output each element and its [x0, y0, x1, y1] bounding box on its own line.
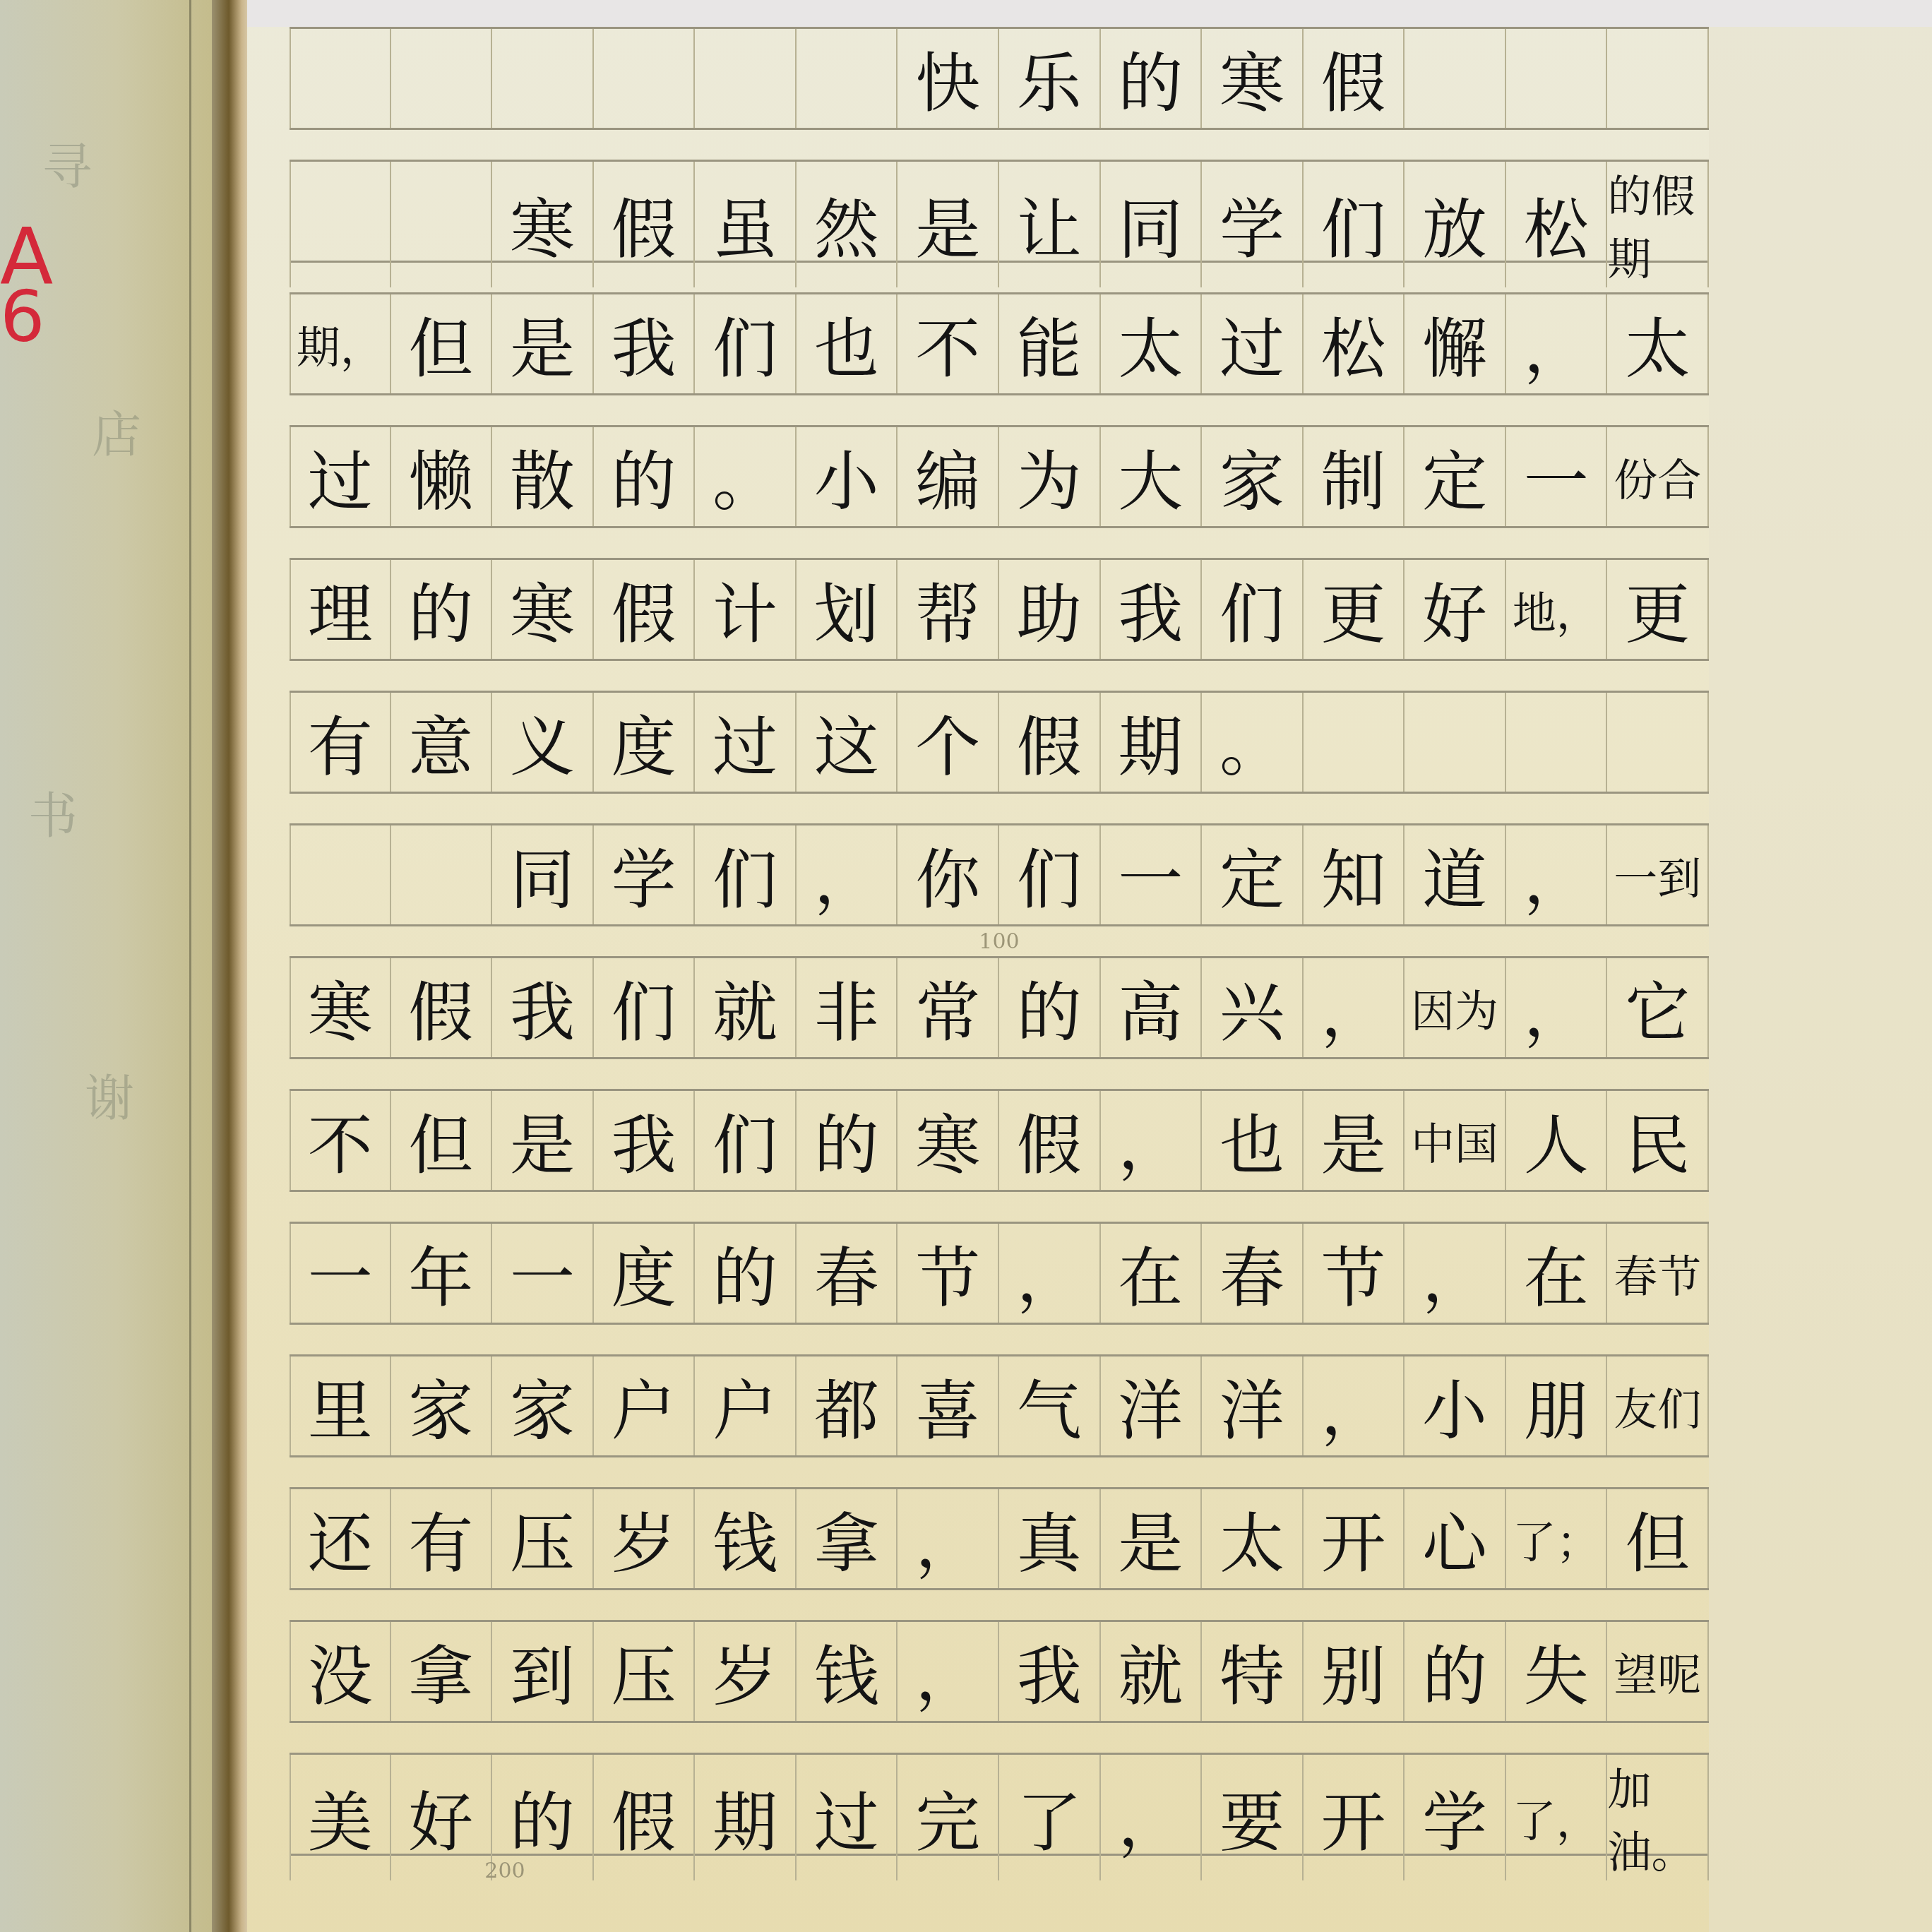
grid-row: 里家家户户都喜气洋洋，小朋友们 [290, 1354, 1709, 1457]
char-cell: 开 [1304, 1489, 1405, 1588]
char-cell: 过 [290, 427, 391, 526]
char-cell: 是 [1101, 1489, 1203, 1588]
char-cell: 非 [797, 958, 898, 1057]
char-cell: 春节 [1607, 1224, 1709, 1323]
char-cell [1506, 693, 1608, 792]
char-cell: 家 [492, 1356, 594, 1455]
char-cell: 意 [391, 693, 493, 792]
char-cell: 也 [1202, 1091, 1304, 1190]
char-cell: 期， [290, 294, 391, 393]
title-char-cell: 寒 [1202, 29, 1304, 128]
char-cell: 度 [594, 693, 696, 792]
char-cell: 助 [999, 560, 1101, 659]
char-cell: 压 [492, 1489, 594, 1588]
char-cell: 的 [999, 958, 1101, 1057]
char-cell: 一到 [1607, 825, 1709, 924]
char-cell: 但 [391, 1091, 493, 1190]
grid-row: 寒假我们就非常的高兴，因为，它 [290, 956, 1709, 1059]
row-spacer [290, 1590, 1709, 1620]
char-cell: 了； [1506, 1489, 1608, 1588]
title-row: 快乐的寒假 [290, 27, 1709, 130]
char-cell: 友们 [1607, 1356, 1709, 1455]
row-spacer [290, 1192, 1709, 1222]
char-cell [1304, 693, 1405, 792]
title-char-cell [797, 29, 898, 128]
char-cell: 兴 [1202, 958, 1304, 1057]
char-cell: 在 [1506, 1224, 1608, 1323]
grid-row: 寒假虽然是让同学们放松的假期 [290, 160, 1709, 263]
char-cell: 一 [492, 1224, 594, 1323]
title-char-cell [290, 29, 391, 128]
char-cell: 洋 [1202, 1356, 1304, 1455]
title-char-cell [492, 29, 594, 128]
row-spacer [290, 1325, 1709, 1354]
char-cell: 们 [1202, 560, 1304, 659]
char-cell: 不 [898, 294, 999, 393]
grid-row: 理的寒假计划帮助我们更好地，更 [290, 558, 1709, 661]
char-cell: 常 [898, 958, 999, 1057]
char-cell: 你 [898, 825, 999, 924]
char-cell: 户 [594, 1356, 696, 1455]
title-char-cell [594, 29, 696, 128]
char-cell: 失 [1506, 1622, 1608, 1721]
grid-row: 不但是我们的寒假，也是中国人民 [290, 1089, 1709, 1192]
title-char-cell: 假 [1304, 29, 1405, 128]
char-cell: 因为 [1405, 958, 1506, 1057]
char-cell: 是 [1304, 1091, 1405, 1190]
char-cell: 我 [999, 1622, 1101, 1721]
title-char-cell [1506, 29, 1608, 128]
word-count-marker: 100 [290, 929, 1709, 954]
row-spacer: 200 [290, 1856, 1709, 1885]
char-cell: 拿 [391, 1622, 493, 1721]
char-cell: 心 [1405, 1489, 1506, 1588]
grid-row: 美好的假期过完了，要开学了，加油。 [290, 1753, 1709, 1856]
char-cell [391, 825, 493, 924]
char-cell: ， [1506, 294, 1608, 393]
char-cell: ， [1405, 1224, 1506, 1323]
char-cell: 义 [492, 693, 594, 792]
char-cell: 我 [594, 1091, 696, 1190]
row-spacer [290, 1457, 1709, 1487]
char-cell: ， [999, 1224, 1101, 1323]
char-cell: 没 [290, 1622, 391, 1721]
char-cell: 也 [797, 294, 898, 393]
char-cell: 一 [290, 1224, 391, 1323]
title-char-cell [695, 29, 797, 128]
char-cell: 假 [999, 1091, 1101, 1190]
char-cell: 大 [1101, 427, 1203, 526]
char-cell: 懈 [1405, 294, 1506, 393]
bleed-through-text: 寻 [42, 127, 92, 198]
char-cell: 理 [290, 560, 391, 659]
char-cell: 寒 [492, 560, 594, 659]
char-cell: ， [1304, 1356, 1405, 1455]
grid-row: 没拿到压岁钱，我就特别的失望呢 [290, 1620, 1709, 1723]
char-cell: 散 [492, 427, 594, 526]
char-cell: 节 [898, 1224, 999, 1323]
char-cell: 寒 [290, 958, 391, 1057]
char-cell: 度 [594, 1224, 696, 1323]
char-cell: 太 [1607, 294, 1709, 393]
char-cell: 高 [1101, 958, 1203, 1057]
grid-row: 还有压岁钱拿，真是太开心了；但 [290, 1487, 1709, 1590]
char-cell: 期 [1101, 693, 1203, 792]
title-char-cell [1607, 29, 1709, 128]
char-cell: 喜 [898, 1356, 999, 1455]
char-cell: 懒 [391, 427, 493, 526]
char-cell: 一 [1101, 825, 1203, 924]
char-cell: 假 [391, 958, 493, 1057]
char-cell: 家 [1202, 427, 1304, 526]
bleed-through-text: 店 [92, 395, 141, 467]
char-cell: 的 [797, 1091, 898, 1190]
char-cell: 钱 [797, 1622, 898, 1721]
bleed-through-text: 书 [28, 777, 78, 848]
char-cell: 年 [391, 1224, 493, 1323]
char-cell: 的 [594, 427, 696, 526]
char-cell: 我 [492, 958, 594, 1057]
char-cell: 朋 [1506, 1356, 1608, 1455]
char-cell: 制 [1304, 427, 1405, 526]
char-cell: 太 [1202, 1489, 1304, 1588]
char-cell: 在 [1101, 1224, 1203, 1323]
char-cell: ， [797, 825, 898, 924]
row-spacer [290, 794, 1709, 823]
char-cell: 还 [290, 1489, 391, 1588]
char-cell: ， [1506, 825, 1608, 924]
char-cell: 我 [594, 294, 696, 393]
bleed-through-text: 谢 [85, 1059, 134, 1131]
char-cell: 的 [1405, 1622, 1506, 1721]
char-cell: 春 [797, 1224, 898, 1323]
page-header-strip [247, 0, 1932, 27]
char-cell: 们 [695, 825, 797, 924]
row-spacer [290, 528, 1709, 558]
char-cell: 节 [1304, 1224, 1405, 1323]
title-char-cell: 快 [898, 29, 999, 128]
word-count-marker: 200 [0, 1859, 1215, 1883]
char-cell: 帮 [898, 560, 999, 659]
char-cell: ， [1304, 958, 1405, 1057]
char-cell: 别 [1304, 1622, 1405, 1721]
char-cell: 的 [695, 1224, 797, 1323]
char-cell: 民 [1607, 1091, 1709, 1190]
char-cell: 人 [1506, 1091, 1608, 1190]
char-cell: ， [898, 1489, 999, 1588]
row-spacer: 100 [290, 926, 1709, 956]
char-cell: 洋 [1101, 1356, 1203, 1455]
grid-row: 同学们，你们一定知道，一到 [290, 823, 1709, 926]
char-cell: 过 [695, 693, 797, 792]
char-cell: 都 [797, 1356, 898, 1455]
char-cell: 是 [492, 1091, 594, 1190]
char-cell: 春 [1202, 1224, 1304, 1323]
char-cell: 望呢 [1607, 1622, 1709, 1721]
char-cell: 真 [999, 1489, 1101, 1588]
char-cell: 个 [898, 693, 999, 792]
title-char-cell [391, 29, 493, 128]
char-cell: 能 [999, 294, 1101, 393]
title-char-cell [1405, 29, 1506, 128]
right-margin [1709, 27, 1932, 1932]
char-cell [290, 825, 391, 924]
char-cell: 定 [1202, 825, 1304, 924]
grid-row: 期，但是我们也不能太过松懈，太 [290, 292, 1709, 395]
char-cell: 道 [1405, 825, 1506, 924]
char-cell: 到 [492, 1622, 594, 1721]
char-cell: 但 [391, 294, 493, 393]
char-cell: 就 [695, 958, 797, 1057]
char-cell: 它 [1607, 958, 1709, 1057]
char-cell: 份合 [1607, 427, 1709, 526]
row-spacer [290, 263, 1709, 292]
row-spacer [290, 1723, 1709, 1753]
grid-row: 有意义度过这个假期。 [290, 691, 1709, 794]
char-cell: 地， [1506, 560, 1608, 659]
char-cell: 岁 [695, 1622, 797, 1721]
char-cell: 为 [999, 427, 1101, 526]
char-cell: 小 [797, 427, 898, 526]
char-cell: 一 [1506, 427, 1608, 526]
char-cell: 学 [594, 825, 696, 924]
score-mark: 6 [0, 275, 45, 358]
char-cell: 压 [594, 1622, 696, 1721]
char-cell: 编 [898, 427, 999, 526]
char-cell [1405, 693, 1506, 792]
char-cell: 们 [594, 958, 696, 1057]
row-spacer [290, 130, 1709, 160]
row-spacer [290, 1059, 1709, 1089]
char-cell: ， [1101, 1091, 1203, 1190]
char-cell: 松 [1304, 294, 1405, 393]
char-cell: 有 [290, 693, 391, 792]
char-cell: 计 [695, 560, 797, 659]
char-cell: ， [1506, 958, 1608, 1057]
left-page: 寻 店 书 谢 A 6 [0, 0, 212, 1932]
row-spacer [290, 395, 1709, 425]
char-cell: 好 [1405, 560, 1506, 659]
grid-row: 一年一度的春节，在春节，在春节 [290, 1222, 1709, 1325]
char-cell: 更 [1304, 560, 1405, 659]
char-cell: ， [898, 1622, 999, 1721]
grid-row: 过懒散的。小编为大家制定一份合 [290, 425, 1709, 528]
char-cell: 这 [797, 693, 898, 792]
char-cell: 划 [797, 560, 898, 659]
char-cell: 的 [391, 560, 493, 659]
char-cell: 们 [695, 294, 797, 393]
char-cell: 户 [695, 1356, 797, 1455]
char-cell [1607, 693, 1709, 792]
char-cell: 们 [999, 825, 1101, 924]
char-cell: 气 [999, 1356, 1101, 1455]
char-cell: 不 [290, 1091, 391, 1190]
title-char-cell: 乐 [999, 29, 1101, 128]
char-cell: 。 [695, 427, 797, 526]
char-cell: 我 [1101, 560, 1203, 659]
char-cell: 假 [594, 560, 696, 659]
char-cell: 过 [1202, 294, 1304, 393]
char-cell: 有 [391, 1489, 493, 1588]
char-cell: 家 [391, 1356, 493, 1455]
char-cell: 就 [1101, 1622, 1203, 1721]
char-cell: 岁 [594, 1489, 696, 1588]
char-cell: 知 [1304, 825, 1405, 924]
char-cell: 拿 [797, 1489, 898, 1588]
char-cell: 是 [492, 294, 594, 393]
char-cell: 定 [1405, 427, 1506, 526]
char-cell: 但 [1607, 1489, 1709, 1588]
char-cell: 更 [1607, 560, 1709, 659]
char-cell: 钱 [695, 1489, 797, 1588]
char-cell: 同 [492, 825, 594, 924]
row-spacer [290, 661, 1709, 691]
char-cell: 寒 [898, 1091, 999, 1190]
composition-grid: 快乐的寒假寒假虽然是让同学们放松的假期期，但是我们也不能太过松懈，太过懒散的。小… [290, 27, 1709, 1885]
essay-page: 快乐的寒假寒假虽然是让同学们放松的假期期，但是我们也不能太过松懈，太过懒散的。小… [247, 0, 1932, 1932]
char-cell: 。 [1202, 693, 1304, 792]
char-cell: 们 [695, 1091, 797, 1190]
char-cell: 小 [1405, 1356, 1506, 1455]
char-cell: 特 [1202, 1622, 1304, 1721]
char-cell: 中国 [1405, 1091, 1506, 1190]
char-cell: 太 [1101, 294, 1203, 393]
char-cell: 里 [290, 1356, 391, 1455]
char-cell: 假 [999, 693, 1101, 792]
left-page-border [189, 0, 191, 1932]
title-char-cell: 的 [1101, 29, 1203, 128]
